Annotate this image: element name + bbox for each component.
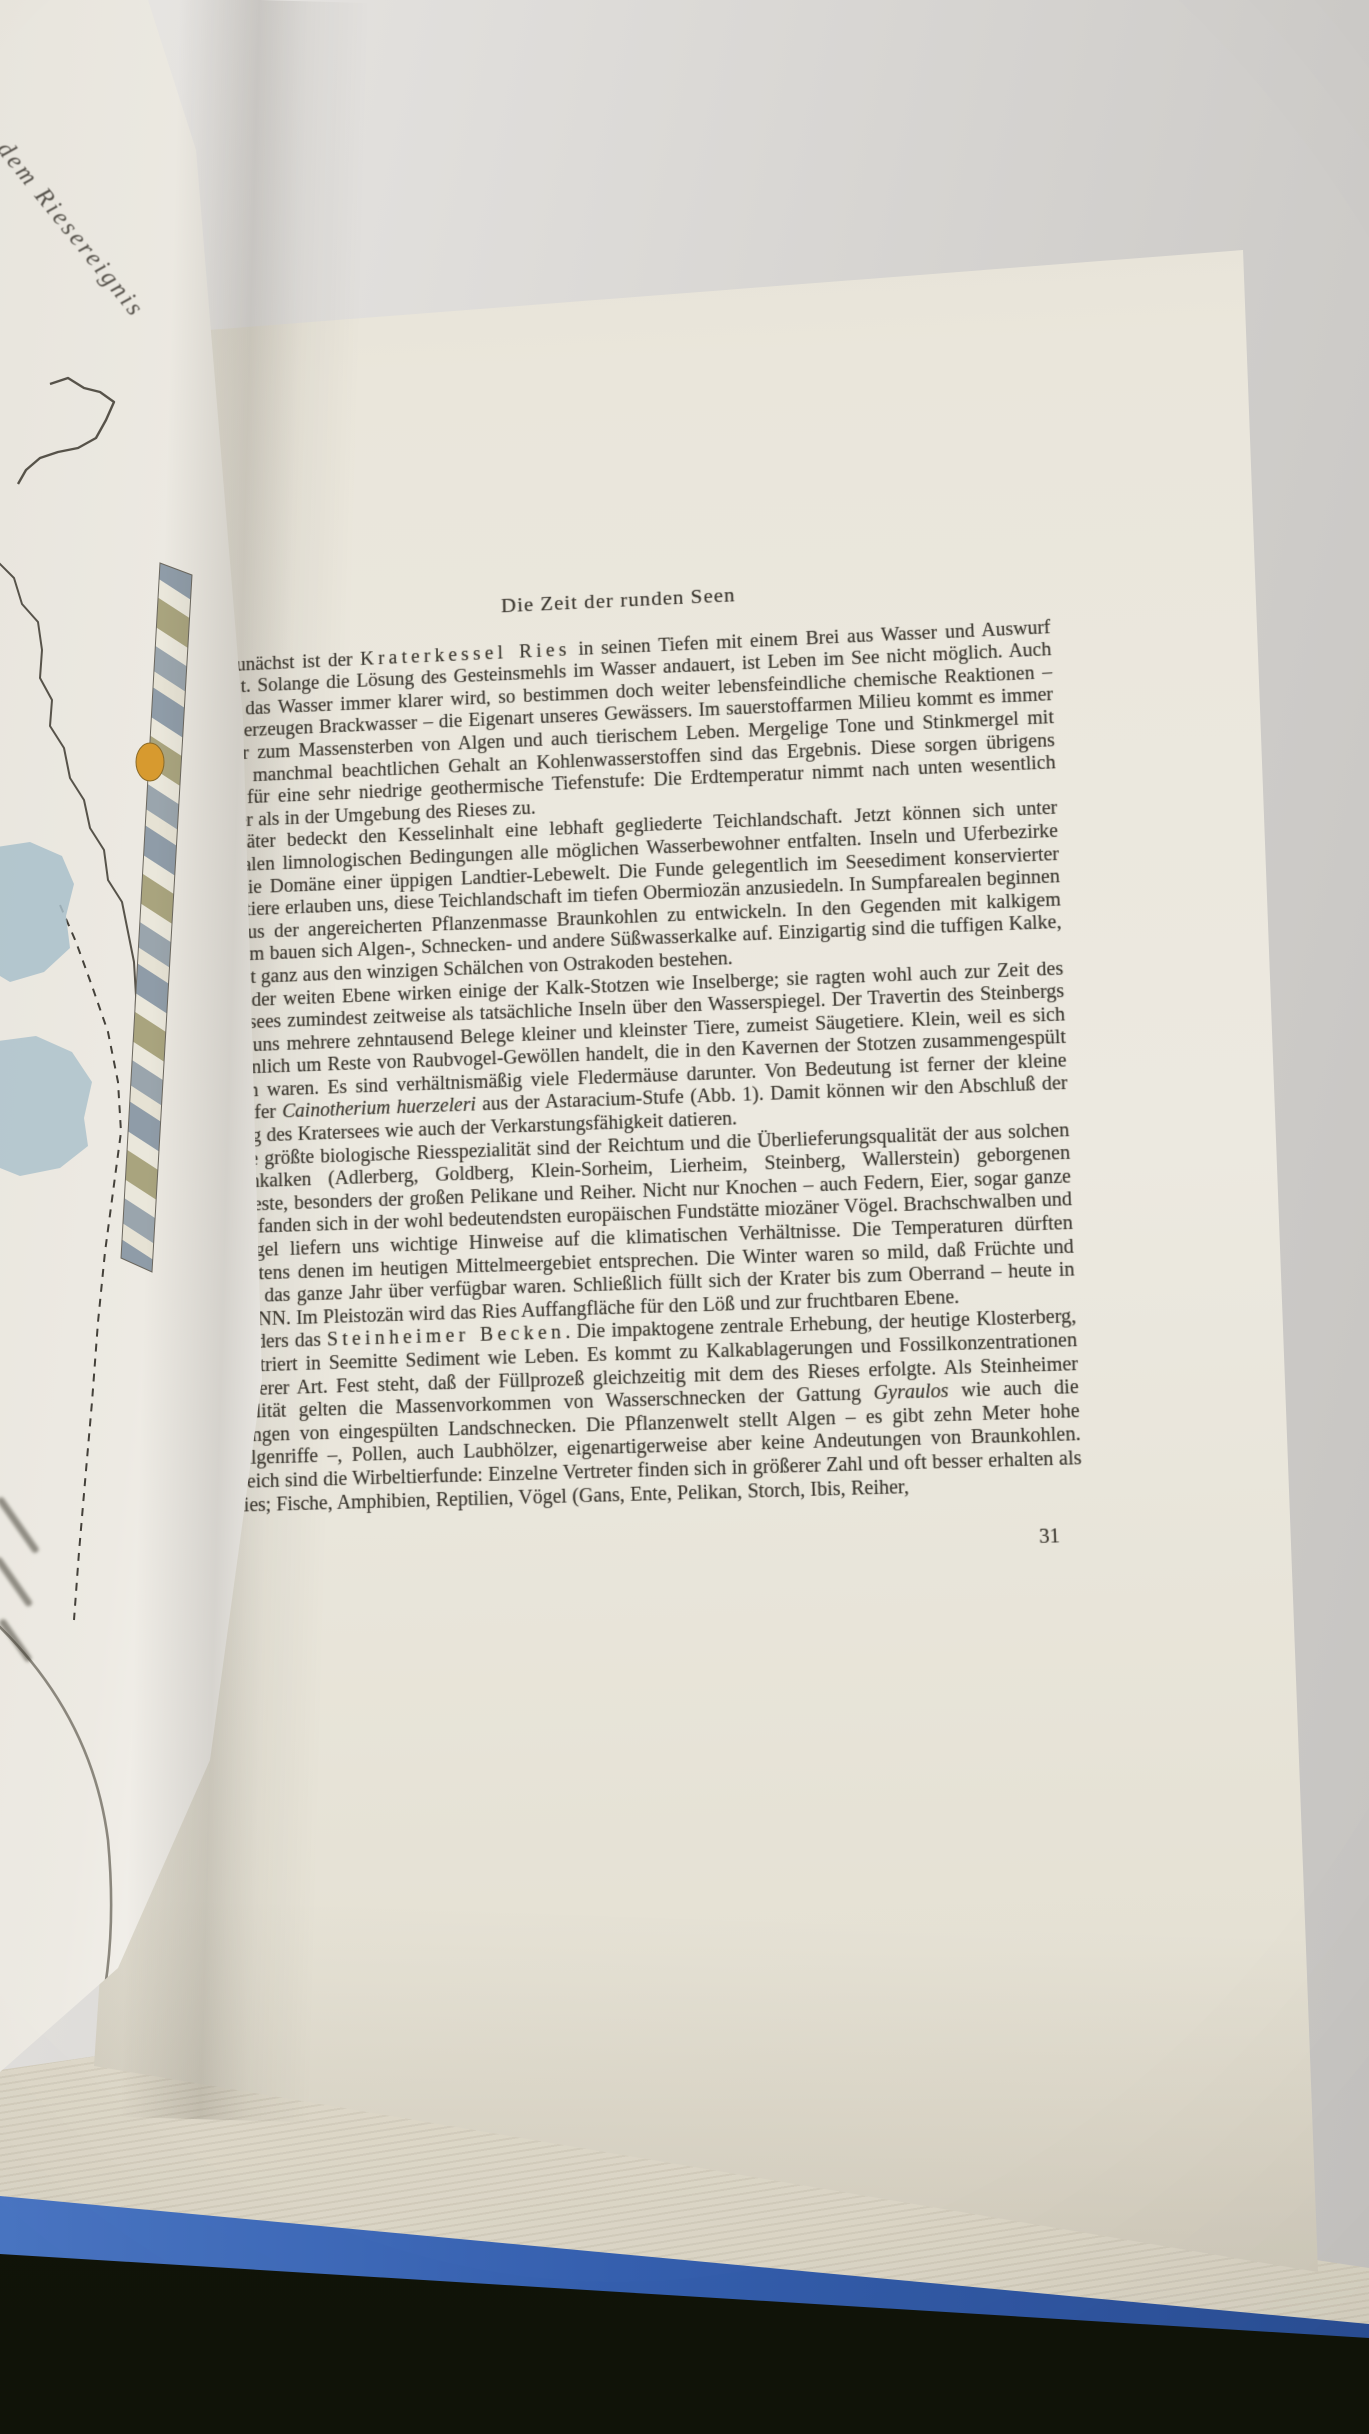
- map-crater-arc: [0, 1600, 111, 2030]
- text-block: Die Zeit der runden Seen Zunächst ist de…: [195, 569, 1085, 1571]
- book-photo: Die Zeit der runden Seen Zunächst ist de…: [0, 0, 1369, 2434]
- map-lake-lower: [0, 1036, 92, 1176]
- paragraph: Zunächst ist der Kraterkessel Ries in se…: [196, 617, 1057, 835]
- map-orange-marker: [136, 743, 164, 781]
- map-legend-band: [121, 563, 192, 1272]
- paragraph: In der weiten Ebene wirken einige der Ka…: [199, 957, 1069, 1149]
- text-run: Die größte biologische Riesspezialität s…: [201, 1119, 1075, 1332]
- paragraph: Die größte biologische Riesspezialität s…: [201, 1119, 1076, 1333]
- paragraph: Anders das Steinheimer Becken. Die impak…: [203, 1306, 1083, 1519]
- map-border-line-top: [18, 378, 114, 484]
- text-run: in seinen Tiefen mit einem Brei aus Wass…: [196, 617, 1056, 833]
- text-run-italic: Gyraulos: [873, 1380, 949, 1404]
- map-border-line-main: [0, 560, 136, 1096]
- map-dashed-line: [60, 905, 121, 1620]
- map-lake-upper: [0, 842, 74, 982]
